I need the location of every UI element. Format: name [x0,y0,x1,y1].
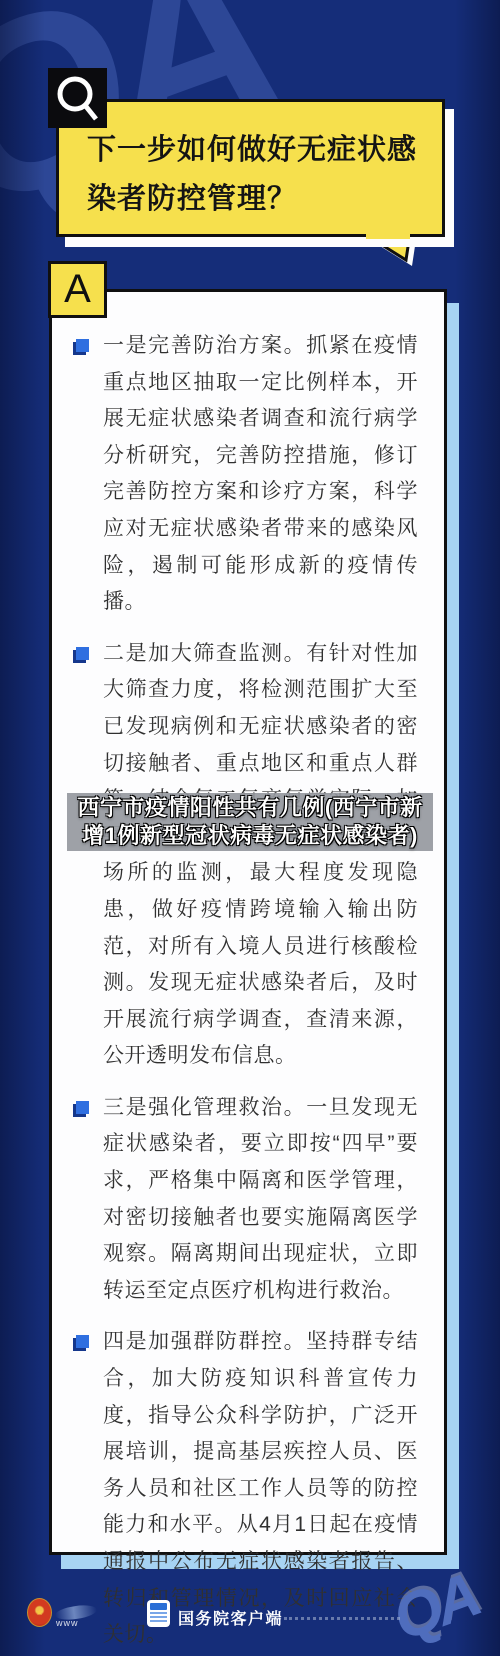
answer-badge: A [48,261,107,318]
bullet-square-icon [76,1101,89,1114]
gov-client-app-name: 国务院客户端 [178,1606,283,1629]
app-icon-line [150,1616,167,1618]
letter-q-icon [48,68,107,128]
website-url-text: www [56,1618,79,1628]
bullet-square-icon [76,339,89,352]
app-icon-line [150,1620,167,1622]
answer-item-2-text: 二是加大筛查监测。有针对性加大筛查力度，将检测范围扩大至已发现病例和无症状感染者… [103,636,418,1075]
answer-item-2: 二是加大筛查监测。有针对性加大筛查力度，将检测范围扩大至已发现病例和无症状感染者… [73,636,418,1075]
bullet-square-icon [76,647,89,660]
answer-card: 一是完善防治方案。抓紧在疫情重点地区抽取一定比例样本，开展无症状感染者调查和流行… [49,289,447,1555]
bubble-tail-join [366,233,410,239]
overlay-title-line2: 增1例新型冠状病毒无症状感染者) [82,822,418,850]
answer-item-1-text: 一是完善防治方案。抓紧在疫情重点地区抽取一定比例样本，开展无症状感染者调查和流行… [103,328,418,621]
answer-item-4: 四是加强群防群控。坚持群专结合，加大防疫知识科普宣传力度，指导公众科学防护，广泛… [73,1324,418,1653]
article-title-overlay: 西宁市疫情阳性共有几例(西宁市新 增1例新型冠状病毒无症状感染者) [67,793,433,851]
question-bubble: 下一步如何做好无症状感 染者防控管理？ [56,99,445,237]
qa-watermark-bottom-icon: QA QA [395,1565,500,1656]
qa-infographic-poster: QA 下一步如何做好无症状感 染者防控管理？ A 一是完善防治方案。抓紧在疫情重… [0,0,500,1656]
bullet-square-icon [76,1335,89,1348]
question-badge [48,68,107,128]
letter-a-text: A [64,267,91,312]
answer-item-1: 一是完善防治方案。抓紧在疫情重点地区抽取一定比例样本，开展无症状感染者调查和流行… [73,328,418,621]
answer-item-3-text: 三是强化管理救治。一旦发现无症状感染者，要立即按“四早”要求，严格集中隔离和医学… [103,1090,418,1310]
gov-client-app-icon [147,1600,170,1627]
app-icon-line [150,1612,167,1614]
question-title-line2: 染者防控管理？ [87,175,442,224]
national-emblem-icon: ★ [27,1598,52,1627]
overlay-title-line1: 西宁市疫情阳性共有几例(西宁市新 [77,794,422,822]
emblem-star-icon: ★ [35,1608,43,1617]
answer-item-3: 三是强化管理救治。一旦发现无症状感染者，要立即按“四早”要求，严格集中隔离和医学… [73,1090,418,1310]
app-icon-header-bar [150,1603,167,1610]
dotted-divider [284,1617,400,1620]
question-title-line1: 下一步如何做好无症状感 [87,126,442,175]
